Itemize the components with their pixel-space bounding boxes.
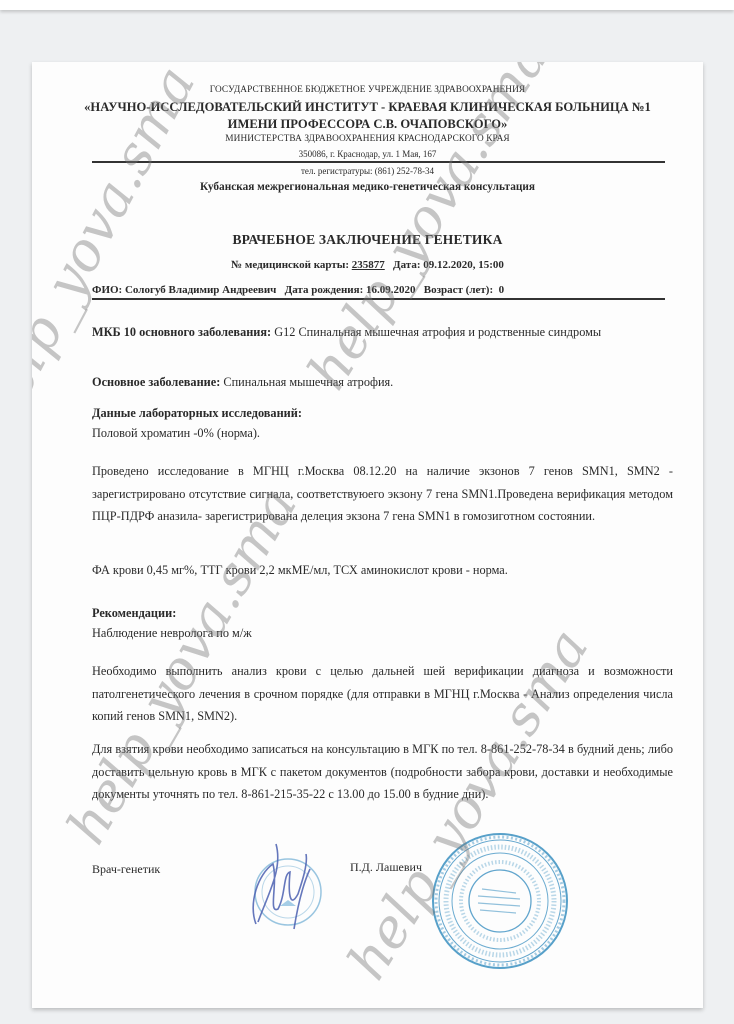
- header-ministry: МИНИСТЕРСТВА ЗДРАВООХРАНЕНИЯ КРАСНОДАРСК…: [32, 134, 703, 144]
- patient-info: ФИО: Сологуб Владимир Андреевич Дата рож…: [92, 284, 504, 296]
- patient-divider: [92, 298, 665, 300]
- document-title: ВРАЧЕБНОЕ ЗАКЛЮЧЕНИЕ ГЕНЕТИКА: [32, 232, 703, 248]
- lab-result: Половой хроматин -0% (норма).: [92, 422, 673, 445]
- fio-value: Сологуб Владимир Андреевич: [125, 284, 276, 296]
- recommendation-2: Необходимо выполнить анализ крови с цель…: [92, 660, 673, 728]
- signature-role: Врач-генетик: [92, 862, 160, 877]
- main-disease-value: Спинальная мышечная атрофия.: [223, 375, 393, 389]
- date-value: 09.12.2020, 15:00: [423, 259, 504, 271]
- birth-label: Дата рождения:: [285, 284, 364, 296]
- header-line-1: ГОСУДАРСТВЕННОЕ БЮДЖЕТНОЕ УЧРЕЖДЕНИЕ ЗДР…: [32, 85, 703, 95]
- icd-label: МКБ 10 основного заболевания:: [92, 325, 271, 339]
- card-number: 235877: [352, 259, 385, 271]
- date-label: Дата:: [393, 259, 420, 271]
- top-bar: [0, 0, 734, 10]
- header-named-after: ИМЕНИ ПРОФЕССОРА С.В. ОЧАПОВСКОГО»: [32, 117, 703, 132]
- doctor-stamp-icon: [228, 834, 338, 944]
- card-label: № медицинской карты:: [231, 259, 349, 271]
- age-value: 0: [499, 284, 505, 296]
- fio-label: ФИО:: [92, 284, 122, 296]
- header-department: Кубанская межрегиональная медико-генетич…: [32, 181, 703, 193]
- main-disease-line: Основное заболевание: Спинальная мышечна…: [92, 371, 673, 394]
- blood-test-paragraph: ФА крови 0,45 мг%, ТТГ крови 2,2 мкМЕ/мл…: [92, 559, 673, 582]
- header-institution: «НАУЧНО-ИССЛЕДОВАТЕЛЬСКИЙ ИНСТИТУТ - КРА…: [32, 100, 703, 115]
- signature-name: П.Д. Лашевич: [350, 860, 422, 875]
- icd-line: МКБ 10 основного заболевания: G12 Спинал…: [92, 321, 673, 344]
- recommendation-1: Наблюдение невролога по м/ж: [92, 622, 673, 645]
- institution-stamp-icon: [430, 831, 570, 971]
- header-phone: тел. регистратуры: (861) 252-78-34: [32, 166, 703, 176]
- birth-value: 16.09.2020: [366, 284, 416, 296]
- card-info: № медицинской карты: 235877 Дата: 09.12.…: [32, 259, 703, 271]
- recommendation-3: Для взятия крови необходимо записаться н…: [92, 738, 673, 806]
- header-divider: [92, 161, 665, 163]
- document-page: ГОСУДАРСТВЕННОЕ БЮДЖЕТНОЕ УЧРЕЖДЕНИЕ ЗДР…: [32, 62, 703, 1008]
- age-label: Возраст (лет):: [424, 284, 493, 296]
- genetic-test-paragraph: Проведено исследование в МГНЦ г.Москва 0…: [92, 460, 673, 528]
- icd-value: G12 Спинальная мышечная атрофия и родств…: [274, 325, 601, 339]
- main-disease-label: Основное заболевание:: [92, 375, 220, 389]
- header-address: 350086, г. Краснодар, ул. 1 Мая, 167: [32, 149, 703, 159]
